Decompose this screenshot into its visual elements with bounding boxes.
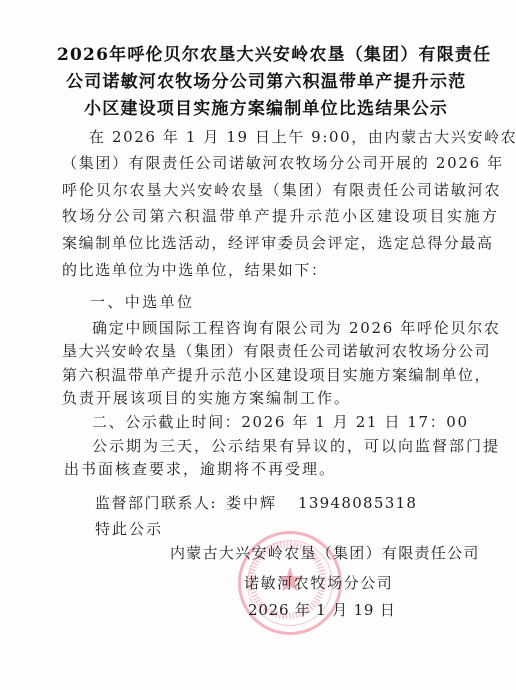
contact-label: 监督部门联系人: <box>95 494 217 512</box>
section1-line-3: 第六积温带单产提升示范小区建设项目实施方案编制单位， <box>62 366 491 384</box>
title-line-3: 小区建设项目实施方案编制单位比选结果公示 <box>84 100 448 118</box>
closing-text: 特此公示 <box>95 520 163 538</box>
document-page: 2026年呼伦贝尔农垦大兴安岭农垦（集团）有限责任 公司诺敏河农牧场分公司第六积… <box>0 0 516 690</box>
title-line-2: 公司诺敏河农牧场分公司第六积温带单产提升示范 <box>66 73 466 91</box>
section1-line-1: 确定中顾国际工程咨询有限公司为 2026 年呼伦贝尔农 <box>92 319 501 337</box>
section1-line-2: 垦大兴安岭农垦（集团）有限责任公司诺敏河农牧场分公司 <box>62 342 491 360</box>
contact-phone: 13948085318 <box>298 494 417 512</box>
signature-org: 内蒙古大兴安岭农垦（集团）有限责任公司 <box>170 544 480 562</box>
section1-line-4: 负责开展该项目的实施方案编制工作。 <box>62 389 351 407</box>
section1-heading: 一、中选单位 <box>90 293 194 311</box>
signature-date: 2026 年 1 月 19 日 <box>248 601 396 619</box>
intro-line-1: 在 2026 年 1 月 19 日上午 9:00，由内蒙古大兴安岭农垦 <box>89 128 516 146</box>
intro-line-3: 呼伦贝尔农垦大兴安岭农垦（集团）有限责任公司诺敏河农 <box>62 181 501 199</box>
title-line-1: 2026年呼伦贝尔农垦大兴安岭农垦（集团）有限责任 <box>57 46 491 64</box>
signature-branch: 诺敏河农牧场分公司 <box>244 574 393 592</box>
contact-name: 娄中辉 <box>226 494 277 512</box>
section2-line-2: 出书面核查要求，逾期将不再受理。 <box>64 460 336 478</box>
section2-heading: 二、公示截止时间：2026 年 1 月 21 日 17：00 <box>92 413 469 431</box>
intro-line-5: 案编制单位比选活动，经评审委员会评定，选定总得分最高 <box>62 234 494 252</box>
section2-line-1: 公示期为三天，公示结果有异议的，可以向监督部门提 <box>92 437 500 455</box>
intro-line-4: 牧场分公司第六积温带单产提升示范小区建设项目实施方 <box>62 207 500 225</box>
intro-line-6: 的比选单位为中选单位，结果如下： <box>62 261 328 279</box>
intro-line-2: （集团）有限责任公司诺敏河农牧场分公司开展的 2026 年 <box>62 154 504 172</box>
